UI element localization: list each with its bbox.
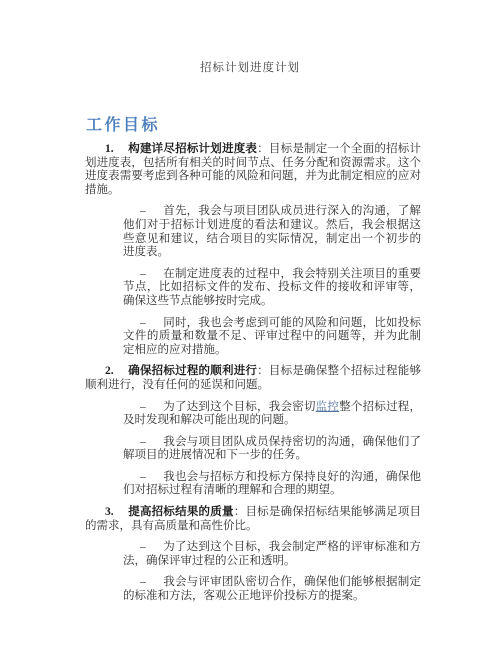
bullet-text-before-link: 为了达到这个目标，我会密切 — [163, 401, 316, 413]
numbered-item-1: 1.构建详尽招标计划进度表：目标是制定一个全面的招标计划进度表，包括所有相关的时… — [85, 143, 421, 197]
bullet-item-2-2: –我会与项目团队成员保持密切的沟通，确保他们了解项目的进展情况和下一步的任务。 — [123, 436, 421, 463]
dash-bullet-marker: – — [140, 471, 163, 485]
monitor-term-link[interactable]: 监控 — [316, 401, 339, 413]
dash-bullet-marker: – — [140, 576, 163, 590]
document-page: 招标计划进度计划 工作目标 1.构建详尽招标计划进度表：目标是制定一个全面的招标… — [0, 0, 500, 647]
document-title: 招标计划进度计划 — [0, 0, 500, 75]
numbered-item-2: 2.确保招标过程的顺利进行：目标是确保整个招标过程能够顺利进行，没有任何的延误和… — [85, 365, 421, 392]
document-body: 1.构建详尽招标计划进度表：目标是制定一个全面的招标计划进度表，包括所有相关的时… — [85, 143, 421, 604]
bullet-text: 为了达到这个目标，我会制定严格的评审标准和方法，确保评审过程的公正和透明。 — [123, 541, 421, 567]
item-number: 3. — [105, 506, 128, 520]
bullet-item-1-1: –首先，我会与项目团队成员进行深入的沟通，了解他们对于招标计划进度的看法和建议。… — [123, 205, 421, 259]
bullet-text: 同时，我也会考虑到可能的风险和问题，比如投标文件的质量和数量不足、评审过程中的问… — [123, 317, 421, 356]
dash-bullet-marker: – — [140, 401, 163, 415]
bullet-item-2-1: –为了达到这个目标，我会密切监控整个招标过程，及时发现和解决可能出现的问题。 — [123, 401, 421, 428]
bullet-text: 我也会与招标方和投标方保持良好的沟通，确保他们对招标过程有清晰的理解和合理的期望… — [123, 471, 421, 497]
bullet-text: 在制定进度表的过程中，我会特别关注项目的重要节点，比如招标文件的发布、投标文件的… — [123, 268, 421, 307]
bullet-text: 首先，我会与项目团队成员进行深入的沟通，了解他们对于招标计划进度的看法和建议。然… — [123, 205, 421, 258]
bullet-item-2-3: –我也会与招标方和投标方保持良好的沟通，确保他们对招标过程有清晰的理解和合理的期… — [123, 471, 421, 498]
bullet-text: 我会与项目团队成员保持密切的沟通，确保他们了解项目的进展情况和下一步的任务。 — [123, 436, 421, 462]
dash-bullet-marker: – — [140, 205, 163, 219]
item-number: 2. — [105, 365, 128, 379]
item-separator: ： — [257, 365, 269, 377]
item-separator: ： — [257, 143, 269, 155]
dash-bullet-marker: – — [140, 541, 163, 555]
item-label: 提高招标结果的质量 — [128, 506, 234, 518]
bullet-text: 我会与评审团队密切合作，确保他们能够根据制定的标准和方法，客观公正地评价投标方的… — [123, 576, 421, 602]
bullet-item-1-3: –同时，我也会考虑到可能的风险和问题，比如投标文件的质量和数量不足、评审过程中的… — [123, 317, 421, 358]
item-label: 构建详尽招标计划进度表 — [128, 143, 257, 155]
bullet-item-3-2: –我会与评审团队密切合作，确保他们能够根据制定的标准和方法，客观公正地评价投标方… — [123, 576, 421, 603]
dash-bullet-marker: – — [140, 317, 163, 331]
item-label: 确保招标过程的顺利进行 — [128, 365, 257, 377]
bullet-item-3-1: –为了达到这个目标，我会制定严格的评审标准和方法，确保评审过程的公正和透明。 — [123, 541, 421, 568]
bullet-item-1-2: –在制定进度表的过程中，我会特别关注项目的重要节点，比如招标文件的发布、投标文件… — [123, 268, 421, 309]
item-number: 1. — [105, 143, 128, 157]
dash-bullet-marker: – — [140, 268, 163, 282]
section-heading-work-goals: 工作目标 — [86, 116, 421, 135]
numbered-item-3: 3.提高招标结果的质量：目标是确保招标结果能够满足项目的需求，具有高质量和高性价… — [85, 506, 421, 533]
item-separator: ： — [234, 506, 246, 518]
dash-bullet-marker: – — [140, 436, 163, 450]
